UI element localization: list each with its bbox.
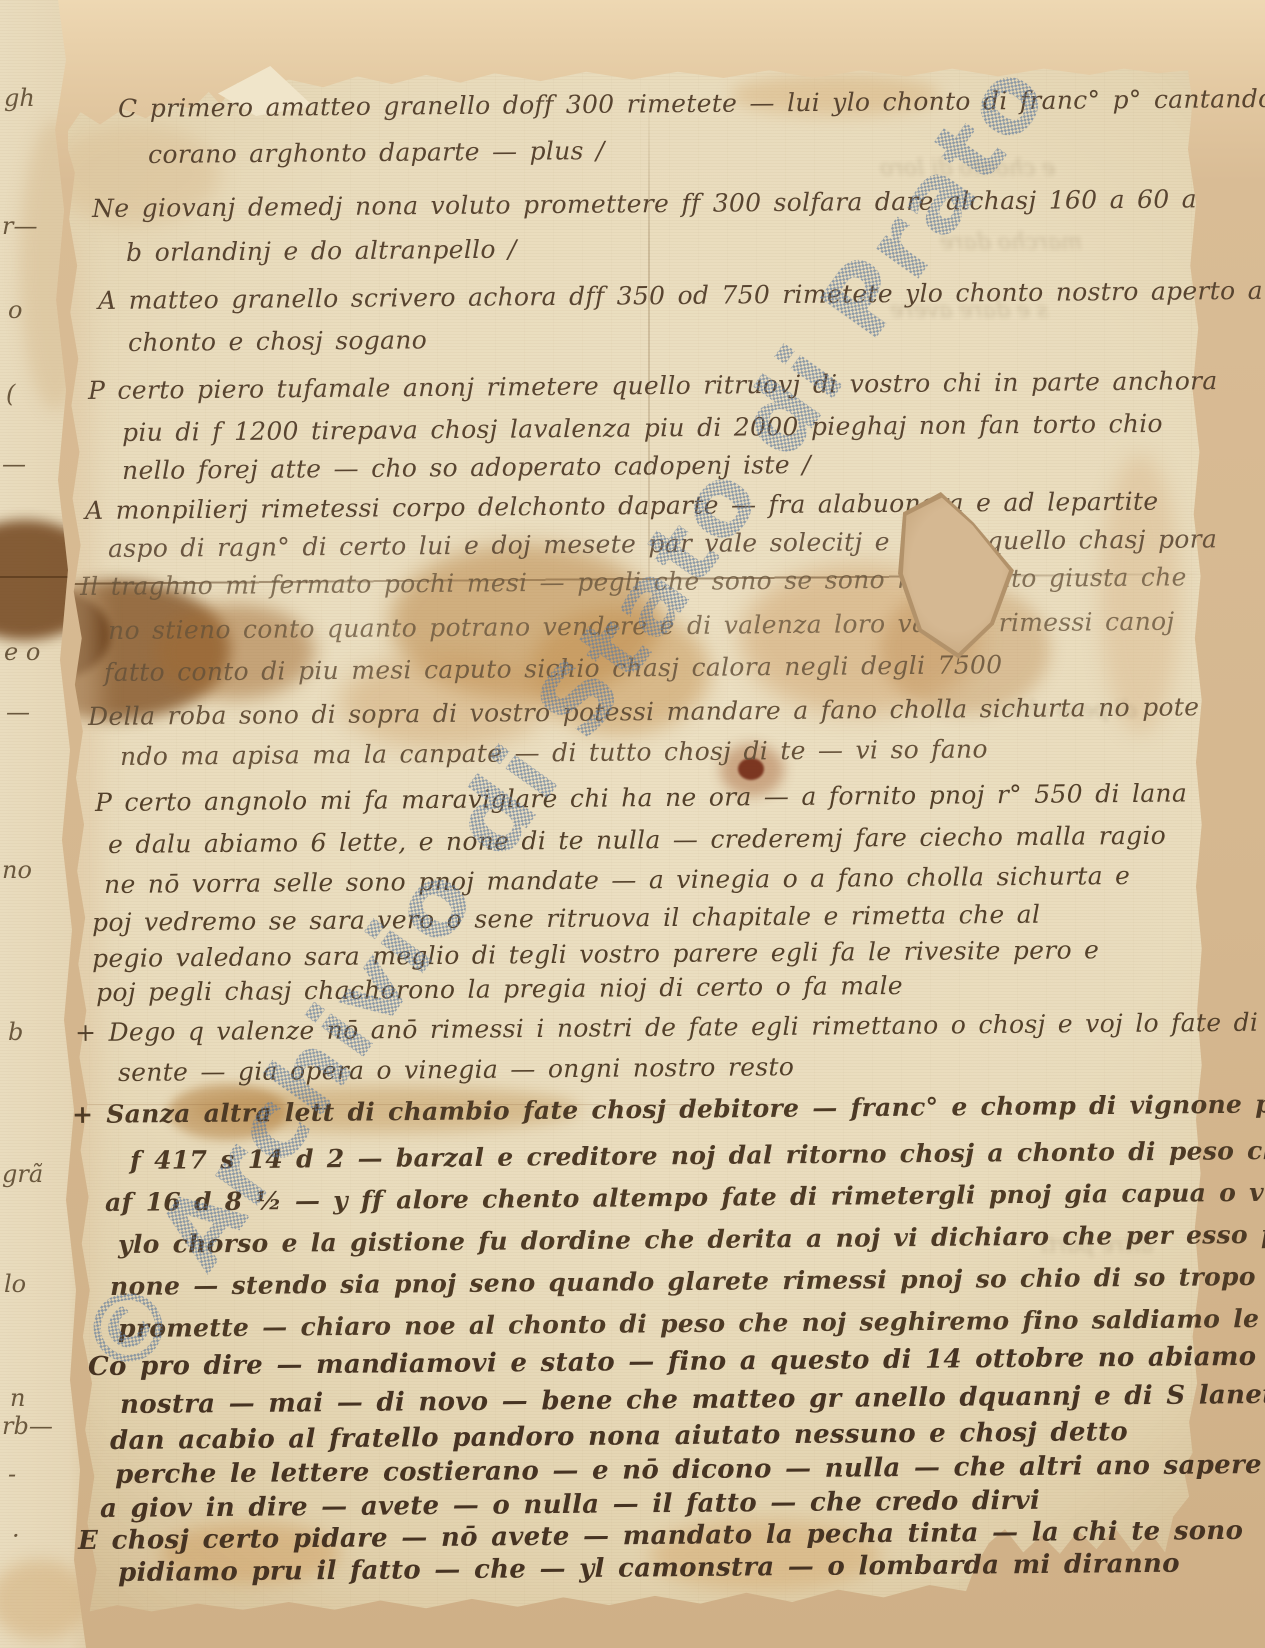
- handwriting-line: af 16 d 8 ½ — y ff alore chento altempo …: [105, 1179, 1265, 1215]
- handwriting-line: none — stendo sia pnoj seno quando glare…: [110, 1264, 1265, 1299]
- handwriting-line: sente — gia opera o vinegia — ongni nost…: [118, 1054, 794, 1085]
- handwriting-line: A matteo granello scrivero achora dff 35…: [98, 278, 1263, 313]
- handwriting-line: poj pegli chasj chachorono la pregia nio…: [96, 973, 903, 1005]
- handwriting-line: ndo ma apisa ma la canpate — di tutto ch…: [120, 736, 988, 769]
- handwriting-line: ylo chorso e la gistione fu dordine che …: [118, 1220, 1265, 1257]
- handwriting-line: piu di f 1200 tirepava chosj lavalenza p…: [122, 411, 1163, 445]
- manuscript-scan: ghr—o(—e o—nobgrãlonrb—-· e chonto di lo…: [0, 0, 1265, 1648]
- handwriting-line: fatto conto di piu mesi caputo sichio ch…: [104, 652, 1002, 685]
- handwriting-line: nostra — mai — di novo — bene che matteo…: [120, 1382, 1265, 1418]
- handwriting-line: b orlandinj e do altranpello /: [126, 237, 517, 265]
- handwriting-line: Il traghno mi fermato pochi mesi — pegli…: [80, 564, 1187, 599]
- handwriting-line: + Sanza altra lett di chambio fate chosj…: [72, 1091, 1265, 1127]
- handwriting-layer: C primero amatteo granello doff 300 rime…: [0, 0, 1265, 1648]
- handwriting-line: e dalu abiamo 6 lette, e none di te null…: [108, 823, 1166, 857]
- handwriting-line: Co pro dire — mandiamovi e stato — fino …: [88, 1344, 1256, 1380]
- handwriting-line: C primero amatteo granello doff 300 rime…: [118, 85, 1265, 121]
- handwriting-line: A monpilierj rimetessi corpo delchonto d…: [85, 489, 1158, 523]
- handwriting-line: pidiamo pru il fatto — che — yl camonstr…: [118, 1551, 1180, 1586]
- handwriting-line: dan acabio al fratello pandoro nona aiut…: [110, 1419, 1128, 1454]
- handwriting-line: perche le lettere costierano — e nō dico…: [115, 1452, 1265, 1488]
- handwriting-line: + Dego q valenze nō anō rimessi i nostri…: [75, 1009, 1265, 1045]
- handwriting-line: pegio valedano sara meglio di tegli vost…: [92, 937, 1099, 971]
- handwriting-line: promette — chiaro noe al chonto di peso …: [118, 1304, 1265, 1341]
- handwriting-line: chonto e chosj sogano: [128, 327, 427, 355]
- handwriting-line: Della roba sono di sopra di vostro potes…: [88, 694, 1199, 729]
- handwriting-line: nello forej atte — cho so adoperato cado…: [122, 452, 811, 483]
- handwriting-line: E chosj certo pidare — nō avete — mandat…: [78, 1518, 1243, 1554]
- handwriting-line: ne nō vorra selle sono pnoj mandate — a …: [104, 863, 1130, 897]
- handwriting-line: P certo piero tufamale anonj rimetere qu…: [88, 368, 1218, 403]
- handwriting-line: corano arghonto daparte — plus /: [148, 138, 605, 167]
- handwriting-line: aspo di ragn° di certo lui e doj mesete …: [108, 526, 1217, 561]
- handwriting-line: poj vedremo se sara vero o sene ritruova…: [92, 902, 1040, 935]
- handwriting-line: no stieno conto quanto potrano vendere e…: [108, 609, 1175, 643]
- handwriting-line: f 417 s 14 d 2 — barzal e creditore noj …: [130, 1136, 1265, 1173]
- handwriting-line: P certo angnolo mi fa maraviglare chi ha…: [95, 780, 1187, 815]
- handwriting-line: a giov in dire — avete — o nulla — il fa…: [100, 1488, 1040, 1522]
- handwriting-line: Ne giovanj demedj nona voluto promettere…: [92, 186, 1197, 221]
